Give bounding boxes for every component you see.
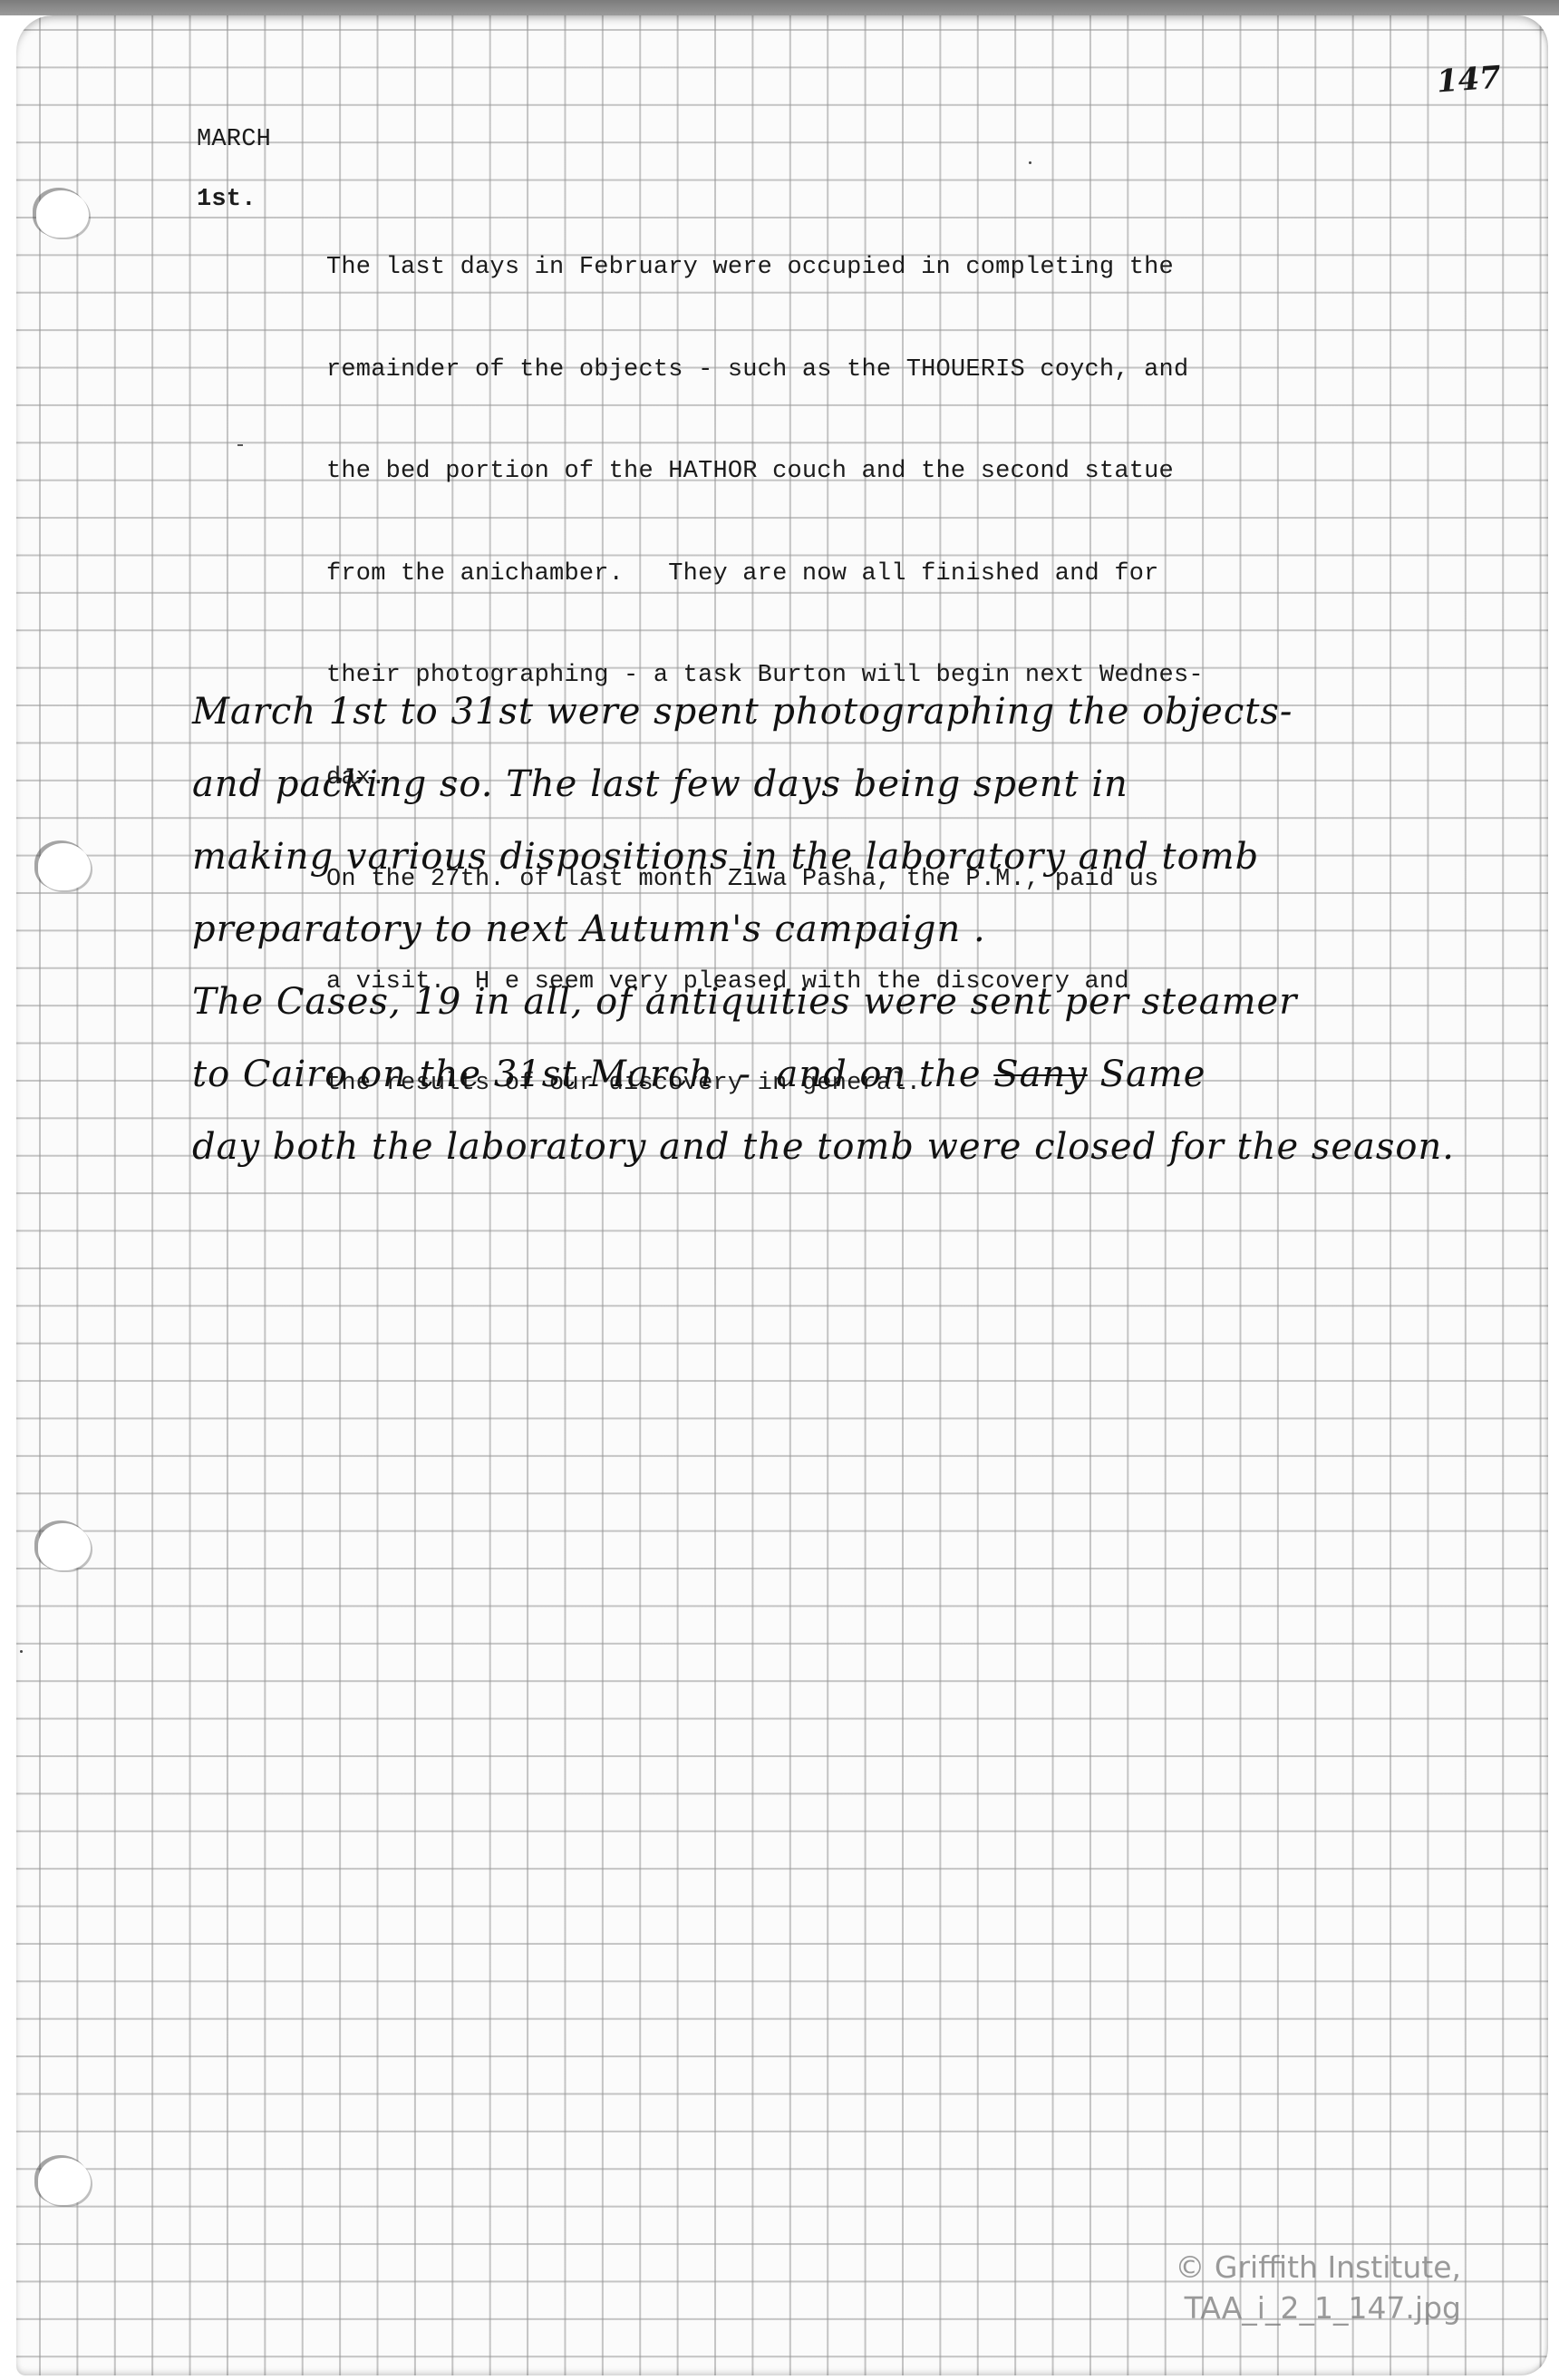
watermark-line-2: TAA_i_2_1_147.jpg — [1175, 2288, 1461, 2328]
margin-mark — [237, 444, 243, 446]
watermark-line-1: © Griffith Institute, — [1175, 2247, 1461, 2288]
handwritten-text: preparatory to next Autumn's campaign . — [192, 908, 986, 950]
typed-line: remainder of the objects - such as the T… — [326, 354, 1204, 388]
handwritten-line: making various dispositions in the labor… — [192, 821, 1455, 893]
handwritten-text: day both the laboratory and the tomb wer… — [192, 1126, 1455, 1168]
handwritten-text: Same — [1088, 1054, 1206, 1095]
handwritten-entry: March 1st to 31st were spent photographi… — [192, 675, 1455, 1183]
handwritten-line: to Cairo on the 31st March - and on the … — [192, 1038, 1455, 1111]
typed-line: The last days in February were occupied … — [326, 251, 1204, 286]
page-number: 147 — [1436, 60, 1503, 101]
paper-speck — [1029, 161, 1031, 164]
punch-hole — [36, 190, 89, 238]
handwritten-text: to Cairo on the 31st March - and on the — [192, 1054, 993, 1095]
paper-speck — [20, 1650, 23, 1653]
punch-hole — [38, 1523, 91, 1570]
month-heading: MARCH — [197, 123, 271, 158]
handwritten-text: making various dispositions in the labor… — [192, 836, 1259, 878]
handwritten-line: March 1st to 31st were spent photographi… — [192, 675, 1455, 748]
copyright-watermark: © Griffith Institute, TAA_i_2_1_147.jpg — [1175, 2247, 1461, 2328]
handwritten-text: March 1st to 31st were spent photographi… — [192, 691, 1293, 733]
typed-line: from the anichamber. They are now all fi… — [326, 558, 1204, 592]
handwritten-text: The Cases, 19 in all, of antiquities wer… — [192, 981, 1297, 1023]
punch-hole — [38, 843, 91, 890]
handwritten-line: and packing so. The last few days being … — [192, 748, 1455, 821]
struck-out-word: Sany — [993, 1054, 1088, 1095]
typed-line: the bed portion of the HATHOR couch and … — [326, 455, 1204, 490]
punch-hole — [38, 2158, 91, 2205]
scanner-edge-band — [0, 0, 1559, 15]
handwritten-text: and packing so. The last few days being … — [192, 763, 1128, 805]
handwritten-line: preparatory to next Autumn's campaign . — [192, 893, 1455, 966]
day-label: 1st. — [197, 183, 257, 218]
handwritten-line: The Cases, 19 in all, of antiquities wer… — [192, 966, 1455, 1038]
handwritten-line: day both the laboratory and the tomb wer… — [192, 1111, 1455, 1183]
